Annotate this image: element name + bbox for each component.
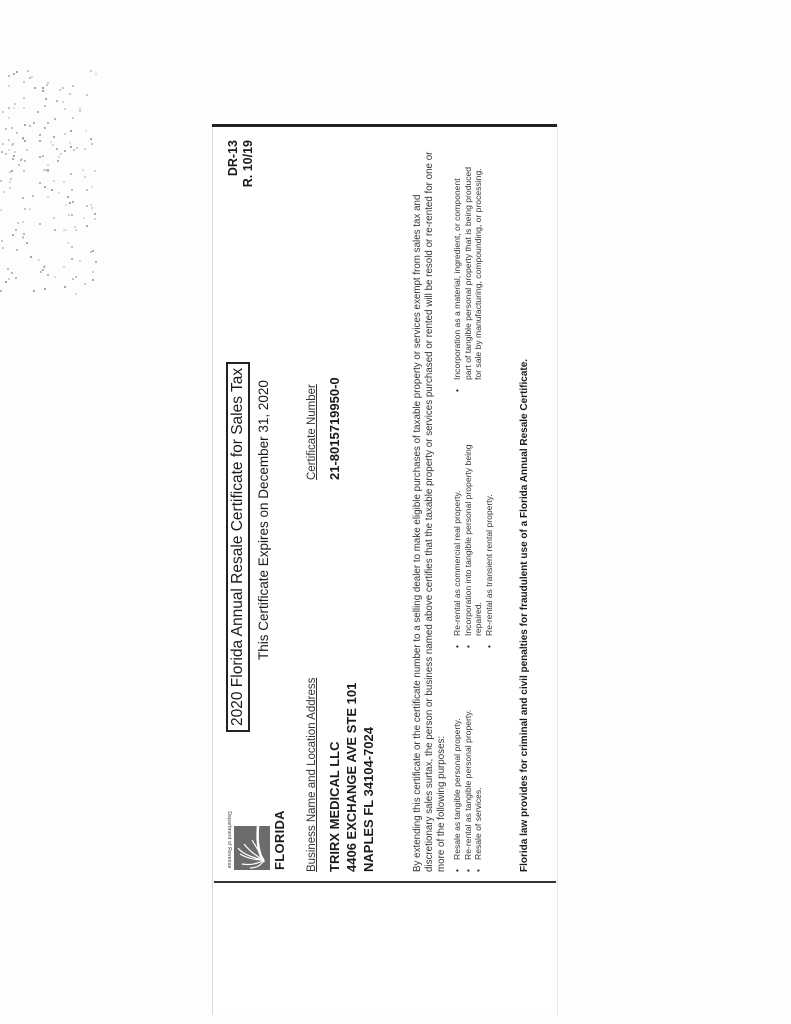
purpose-item: Re-rental as transient rental property. (484, 433, 495, 648)
florida-dor-logo: Department of Revenue FLORIDA (226, 810, 304, 870)
purpose-item: Resale of services. (473, 672, 484, 872)
form-number: DR-13 (226, 140, 241, 187)
florida-wordmark: FLORIDA (272, 810, 287, 870)
address-line-2: NAPLES FL 34104-7024 (360, 727, 377, 872)
top-rule (212, 124, 557, 127)
bottom-rule (214, 881, 556, 883)
agency-line: Department of Revenue (226, 810, 232, 870)
certificate-content: Department of Revenue FLORIDA 2020 Flori… (214, 128, 554, 880)
expiration-notice: This Certificate Expires on December 31,… (256, 380, 271, 660)
purpose-item: Resale as tangible personal property. (452, 672, 463, 872)
purpose-item: Re-rental as commercial real property. (452, 433, 463, 648)
purpose-item: Incorporation into tangible personal pro… (463, 433, 484, 648)
purposes-column-2: Re-rental as commercial real property. I… (452, 433, 494, 648)
business-name: TRIRX MEDICAL LLC (326, 742, 343, 872)
purposes-column-3: Incorporation as a material, ingredient,… (452, 162, 484, 392)
penalty-notice: Florida law provides for criminal and ci… (519, 359, 530, 872)
address-line-1: 4406 EXCHANGE AVE STE 101 (343, 683, 360, 872)
form-revision: R. 10/19 (241, 140, 256, 187)
certification-paragraph: By extending this certificate or the cer… (412, 142, 448, 872)
purpose-item: Re-rental as tangible personal property. (463, 672, 474, 872)
certificate-title: 2020 Florida Annual Resale Certificate f… (226, 362, 250, 732)
business-label: Business Name and Location Address (306, 678, 318, 872)
purpose-item: Incorporation as a material, ingredient,… (452, 162, 484, 392)
scan-noise (0, 70, 100, 300)
certificate-number-label: Certificate Number (306, 384, 318, 480)
palm-tree-icon (234, 826, 270, 870)
purposes-column-1: Resale as tangible personal property. Re… (452, 672, 484, 872)
form-identifier: DR-13 R. 10/19 (226, 140, 256, 187)
certificate-header: Department of Revenue FLORIDA 2020 Flori… (214, 128, 310, 880)
certificate-number: 21-8015719950-0 (326, 377, 343, 480)
